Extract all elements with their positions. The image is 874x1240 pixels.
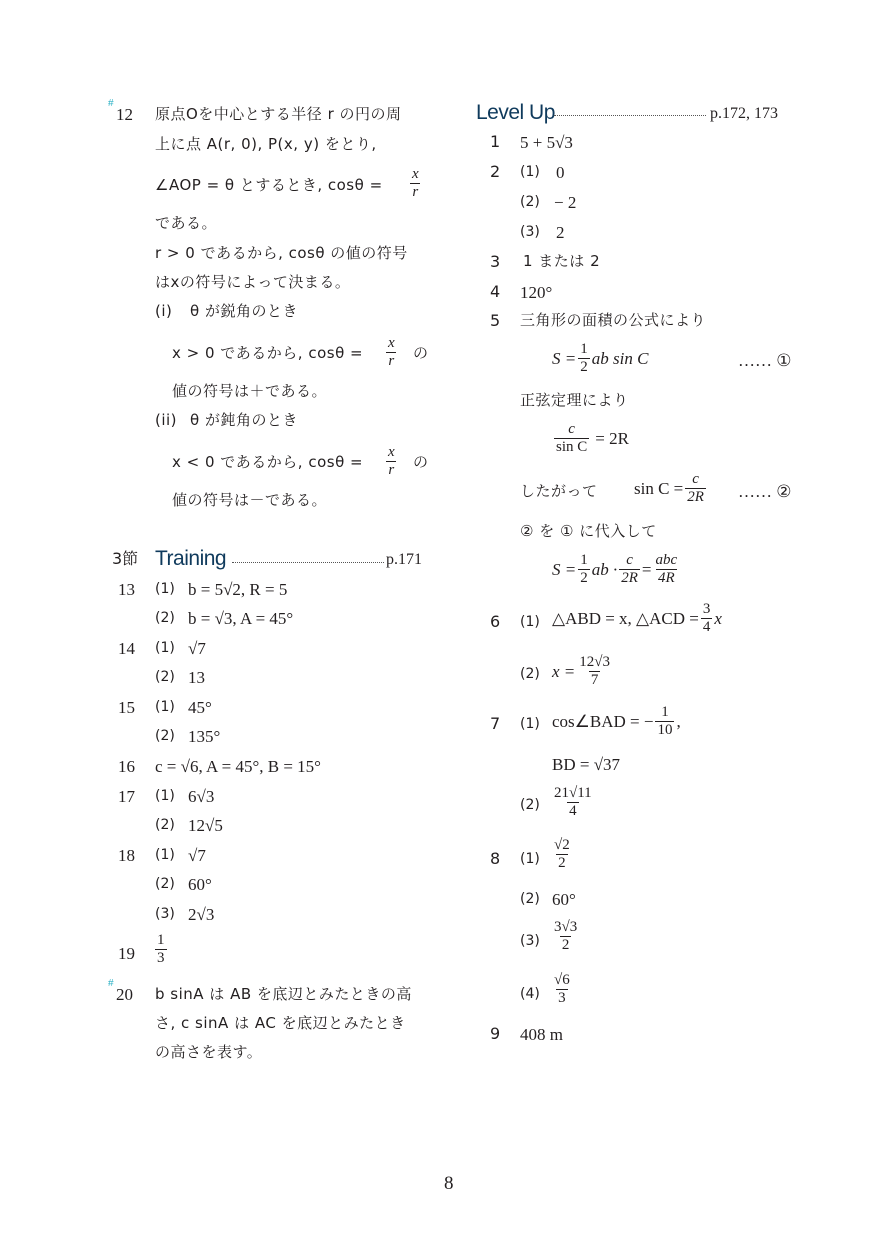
part-label: (2) xyxy=(520,798,540,812)
answer-number: 3 xyxy=(490,254,500,270)
answer-value: 12√5 xyxy=(188,817,223,834)
part-label: (1) xyxy=(520,615,540,629)
answer-number: 6 xyxy=(490,614,500,630)
part-label: (1) xyxy=(155,848,175,862)
case-1-fraction: xr xyxy=(384,336,399,369)
substitution-label: ② を ① に代入して xyxy=(520,524,657,539)
dot-leader xyxy=(554,115,706,116)
q12-line-1: 原点Oを中心とする半径 r の円の周 xyxy=(155,107,402,122)
part-label: (3) xyxy=(520,934,540,948)
part-label: (1) xyxy=(155,789,175,803)
q12-line-4: である。 xyxy=(155,216,217,231)
part-label: (2) xyxy=(155,670,175,684)
q12-line-3: ∠AOP = θ とするとき, cosθ = xyxy=(155,178,383,193)
equation-4: S = 12 ab · c2R = abc4R xyxy=(552,553,681,586)
answer-value: 135° xyxy=(188,728,220,745)
part-label: (2) xyxy=(155,729,175,743)
answer-number: 15 xyxy=(118,699,135,716)
answer-value: cos∠BAD = − 110 , xyxy=(552,705,681,738)
section-title-level-up: Level Up xyxy=(476,102,555,123)
question-number-12: 12 xyxy=(116,106,133,123)
answer-number: 17 xyxy=(118,788,135,805)
answer-value: √7 xyxy=(188,847,206,864)
answer-number: 7 xyxy=(490,716,500,732)
page-number: 8 xyxy=(444,1174,454,1193)
part-label: (2) xyxy=(155,877,175,891)
part-label: (1) xyxy=(155,582,175,596)
chapter-label: 3節 xyxy=(112,551,138,567)
answer-value: 2√3 xyxy=(188,906,214,923)
part-label: (3) xyxy=(155,907,175,921)
equation-1: S = 12 ab sin C xyxy=(552,342,648,375)
answer-value: 2 xyxy=(556,224,565,241)
answer-value: 6√3 xyxy=(188,788,214,805)
answer-value: 13 xyxy=(188,669,205,686)
answer-value: 60° xyxy=(552,891,576,908)
answer-value: b = √3, A = 45° xyxy=(188,610,293,627)
dot-leader xyxy=(232,562,384,563)
case-2-tail: の xyxy=(413,455,429,470)
answer-value: − 2 xyxy=(554,194,576,211)
q12-line-6: はxの符号によって決まる。 xyxy=(155,275,350,290)
answer-value: △ABD = x, △ACD = 34 x xyxy=(552,602,722,635)
q20-line-3: の高さを表す。 xyxy=(155,1045,262,1060)
part-label: (4) xyxy=(520,987,540,1001)
answer-value: 45° xyxy=(188,699,212,716)
part-label: (2) xyxy=(520,667,540,681)
answer-fraction: 3√32 xyxy=(550,920,581,953)
part-label: (2) xyxy=(155,818,175,832)
case-1-line-1: x > 0 であるから, cosθ = xyxy=(172,346,363,361)
answer-value: 0 xyxy=(556,164,565,181)
q20-line-2: さ, c sinA は AC を底辺とみたとき xyxy=(155,1016,406,1031)
answer-number: 13 xyxy=(118,581,135,598)
sine-rule-label: 正弦定理により xyxy=(520,393,629,408)
answer-fraction: 21√114 xyxy=(550,786,596,819)
equation-tag-2: …… ② xyxy=(738,483,792,500)
therefore-label: したがって xyxy=(520,484,598,499)
answer-value: x = 12√37 xyxy=(552,655,614,688)
answer-fraction: √22 xyxy=(550,838,574,871)
part-label: (1) xyxy=(155,700,175,714)
part-label: (2) xyxy=(520,892,540,906)
answer-value: 60° xyxy=(188,876,212,893)
answer-number: 16 xyxy=(118,758,135,775)
q20-line-1: b sinA は AB を底辺とみたときの高 xyxy=(155,987,412,1002)
answer-value: c = √6, A = 45°, B = 15° xyxy=(155,758,321,775)
answer-number: 8 xyxy=(490,851,500,867)
case-2-fraction: xr xyxy=(384,445,399,478)
answer-number: 5 xyxy=(490,313,500,329)
case-1-label: (i) xyxy=(155,304,172,319)
case-2-label: (ii) xyxy=(155,413,177,428)
case-2-title: θ が鈍角のとき xyxy=(190,413,298,428)
answer-value: √7 xyxy=(188,640,206,657)
question-number-20: 20 xyxy=(116,986,133,1003)
part-label: (1) xyxy=(520,717,540,731)
part-label: (3) xyxy=(520,225,540,239)
q12-fraction: xr xyxy=(408,167,423,200)
part-label: (1) xyxy=(155,641,175,655)
hash-marker: # xyxy=(108,98,114,109)
part-label: (2) xyxy=(520,195,540,209)
equation-2: csin C = 2R xyxy=(552,422,629,455)
answer-value: 408 m xyxy=(520,1026,563,1043)
answer-fraction: √63 xyxy=(550,973,574,1006)
case-2-line-2: 値の符号は－である。 xyxy=(172,493,327,508)
case-2-line-1: x < 0 であるから, cosθ = xyxy=(172,455,363,470)
answer-number: 1 xyxy=(490,134,500,150)
equation-3: sin C = c2R xyxy=(634,472,708,505)
answer-value: BD = √37 xyxy=(552,756,620,773)
q12-line-5: r > 0 であるから, cosθ の値の符号 xyxy=(155,246,408,261)
answer-number: 18 xyxy=(118,847,135,864)
equation-tag-1: …… ① xyxy=(738,352,792,369)
answer-number: 2 xyxy=(490,164,500,180)
answer-number: 19 xyxy=(118,945,135,962)
part-label: (2) xyxy=(155,611,175,625)
case-1-line-2: 値の符号は＋である。 xyxy=(172,384,327,399)
answer-number: 9 xyxy=(490,1026,500,1042)
answer-value: 5 + 5√3 xyxy=(520,134,573,151)
page-reference: p.171 xyxy=(386,552,422,568)
part-label: (1) xyxy=(520,165,540,179)
q12-line-2: 上に点 A(r, 0), P(x, y) をとり, xyxy=(155,137,377,152)
part-label: (1) xyxy=(520,852,540,866)
answer-number: 14 xyxy=(118,640,135,657)
answer-value: 120° xyxy=(520,284,552,301)
page-reference: p.172, 173 xyxy=(710,106,778,122)
answer-value: b = 5√2, R = 5 xyxy=(188,581,287,598)
a5-intro: 三角形の面積の公式により xyxy=(520,313,706,328)
answer-number: 4 xyxy=(490,284,500,300)
section-title-training: Training xyxy=(155,548,226,569)
case-1-title: θ が鋭角のとき xyxy=(190,304,298,319)
case-1-tail: の xyxy=(413,346,429,361)
answer-fraction: 13 xyxy=(153,933,169,966)
hash-marker: # xyxy=(108,978,114,989)
answer-value: 1 または 2 xyxy=(523,254,600,269)
